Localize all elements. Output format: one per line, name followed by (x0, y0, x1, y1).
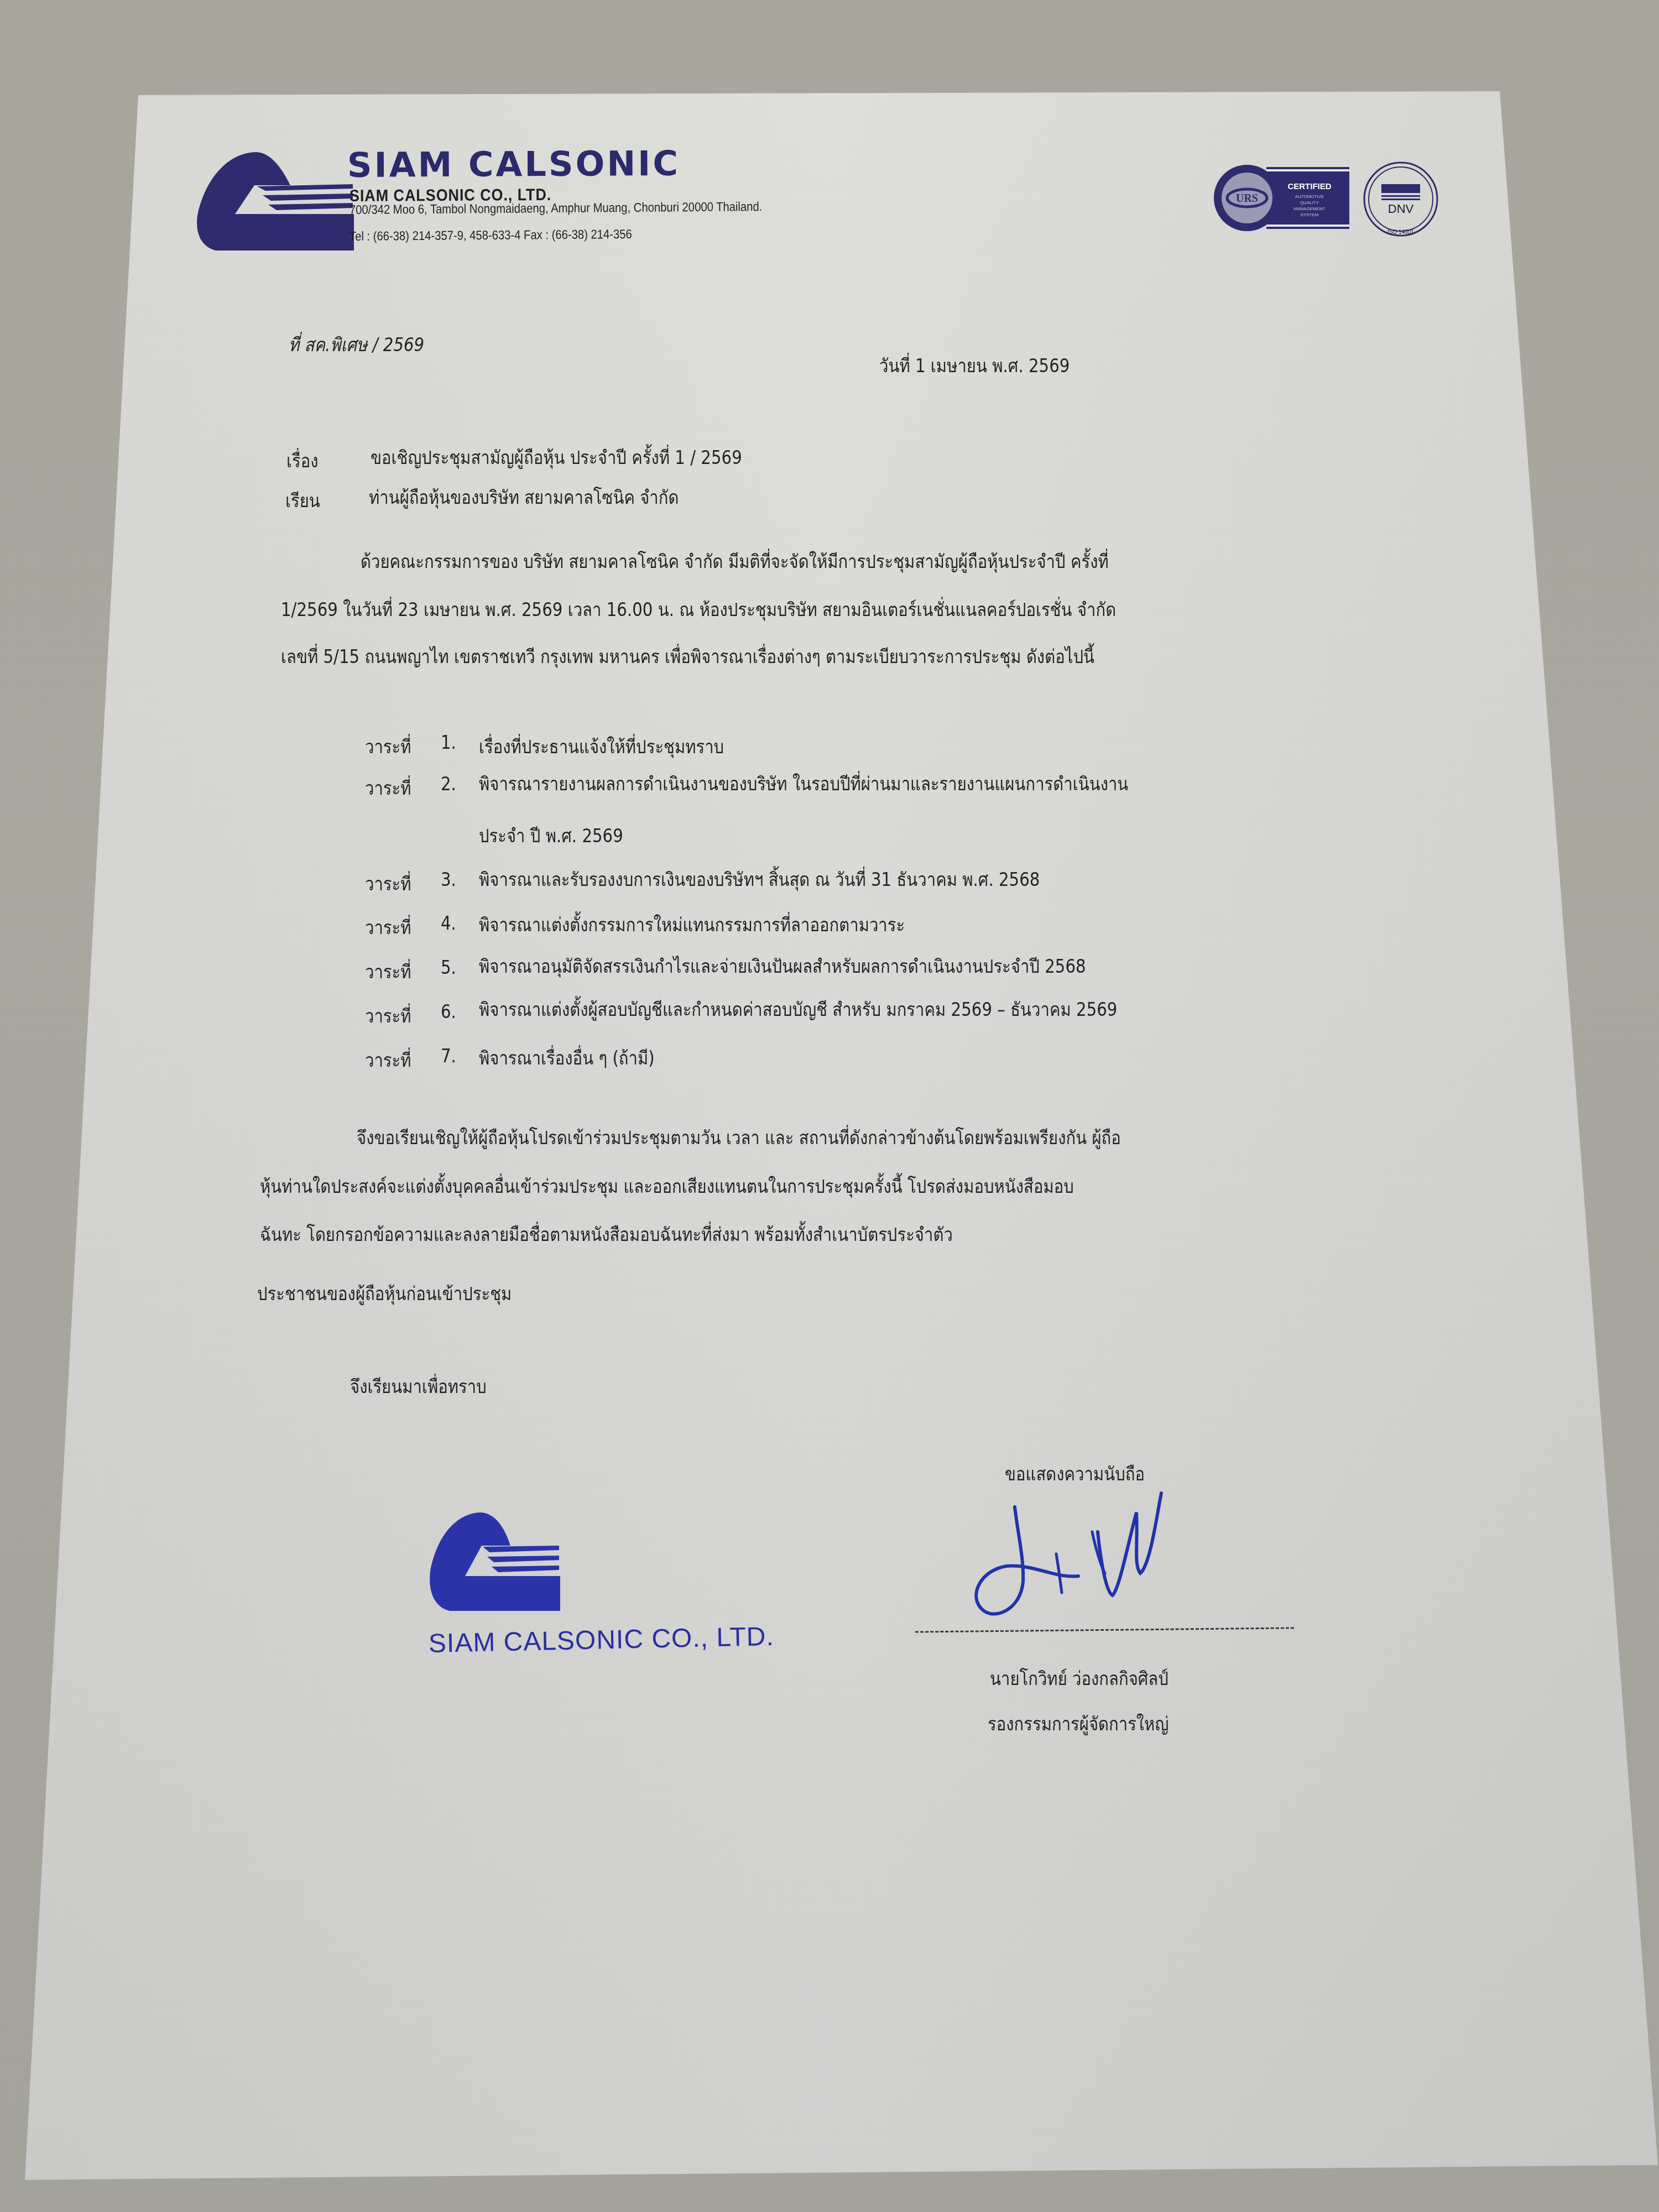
intro-paragraph-line: ด้วยคณะกรรมการของ บริษัท สยามคาลโซนิค จำ… (361, 546, 1109, 576)
agenda-label: วาระที่ (365, 912, 411, 942)
agenda-number: 2. (441, 773, 456, 795)
handwritten-signature-icon (962, 1482, 1194, 1626)
agenda-number: 4. (441, 912, 456, 935)
agenda-text: พิจารณาแต่งตั้งผู้สอบบัญชีและกำหนดค่าสอบ… (479, 994, 1117, 1024)
svg-text:CERTIFIED: CERTIFIED (1287, 182, 1331, 191)
agenda-text-continuation: ประจำ ปี พ.ศ. 2569 (479, 821, 623, 851)
svg-text:URS: URS (1236, 192, 1258, 205)
closing-line: จึงเรียนมาเพื่อทราบ (350, 1371, 487, 1401)
reference-number: ที่ สค.พิเศษ / 2569 (289, 330, 424, 359)
svg-text:ISO 14001: ISO 14001 (1387, 229, 1414, 236)
signer-title: รองกรรมการผู้จัดการใหญ่ (988, 1709, 1168, 1739)
agenda-label: วาระที่ (365, 1045, 411, 1075)
siam-calsonic-logo-icon (194, 152, 354, 252)
svg-text:SYSTEM: SYSTEM (1301, 212, 1319, 217)
agenda-text: พิจารณาแต่งตั้งกรรมการใหม่แทนกรรมการที่ล… (479, 910, 905, 940)
brand-wordmark: SIAM CALSONIC (347, 143, 680, 185)
agenda-label: วาระที่ (365, 732, 411, 761)
addressee-text: ท่านผู้ถือหุ้นของบริษัท สยามคาลโซนิค จำก… (369, 482, 679, 512)
svg-text:DNV: DNV (1388, 202, 1414, 216)
agenda-text: เรื่องที่ประธานแจ้งให้ที่ประชุมทราบ (479, 732, 724, 761)
svg-text:QUALITY: QUALITY (1300, 200, 1319, 205)
agenda-text: พิจารณาและรับรองงบการเงินของบริษัทฯ สิ้น… (479, 864, 1040, 894)
urs-certification-badge-icon: URS CERTIFIED AUTOMOTIVE QUALITY MANAGEM… (1211, 161, 1355, 233)
agenda-number: 5. (441, 957, 456, 979)
agenda-text: พิจารณาอนุมัติจัดสรรเงินกำไรและจ่ายเงินป… (479, 951, 1086, 981)
invitation-paragraph-line: จึงขอเรียนเชิญให้ผู้ถือหุ้นโปรดเข้าร่วมป… (357, 1123, 1121, 1152)
invitation-paragraph-line: หุ้นท่านใดประสงค์จะแต่งตั้งบุคคลอื่นเข้า… (260, 1171, 1074, 1201)
intro-paragraph-line: 1/2569 ในวันที่ 23 เมษายน พ.ศ. 2569 เวลา… (281, 594, 1116, 624)
subject-text: ขอเชิญประชุมสามัญผู้ถือหุ้น ประจำปี ครั้… (371, 442, 742, 472)
agenda-label: วาระที่ (365, 773, 411, 803)
agenda-number: 6. (441, 1001, 456, 1023)
agenda-number: 7. (441, 1045, 456, 1067)
svg-text:AUTOMOTIVE: AUTOMOTIVE (1295, 194, 1324, 199)
addressee-label: เรียน (285, 486, 320, 515)
subject-label: เรื่อง (286, 446, 319, 476)
company-phone: Tel : (66-38) 214-357-9, 458-633-4 Fax :… (349, 227, 632, 244)
agenda-text: พิจารณารายงานผลการดำเนินงานของบริษัท ในร… (479, 769, 1128, 799)
agenda-label: วาระที่ (365, 869, 411, 899)
invitation-paragraph-line: ฉันทะ โดยกรอกข้อความและลงลายมือชื่อตามหน… (260, 1219, 953, 1249)
dnv-iso14001-badge-icon: DNV ISO 14001 (1359, 158, 1442, 241)
signer-name: นายโกวิทย์ ว่องกลกิจศิลป์ (990, 1663, 1168, 1693)
invitation-paragraph-line: ประชาชนของผู้ถือหุ้นก่อนเข้าประชุม (257, 1279, 512, 1308)
agenda-text: พิจารณาเรื่องอื่น ๆ (ถ้ามี) (479, 1043, 655, 1073)
agenda-number: 3. (441, 869, 456, 891)
agenda-number: 1. (441, 732, 456, 754)
intro-paragraph-line: เลขที่ 5/15 ถนนพญาไท เขตราชเทวี กรุงเทพ … (281, 641, 1094, 671)
letter-date: วันที่ 1 เมษายน พ.ศ. 2569 (879, 351, 1070, 380)
agenda-label: วาระที่ (365, 957, 411, 987)
svg-text:MANAGEMENT: MANAGEMENT (1293, 206, 1325, 211)
company-stamp-logo-icon (427, 1512, 560, 1612)
agenda-label: วาระที่ (365, 1001, 411, 1031)
